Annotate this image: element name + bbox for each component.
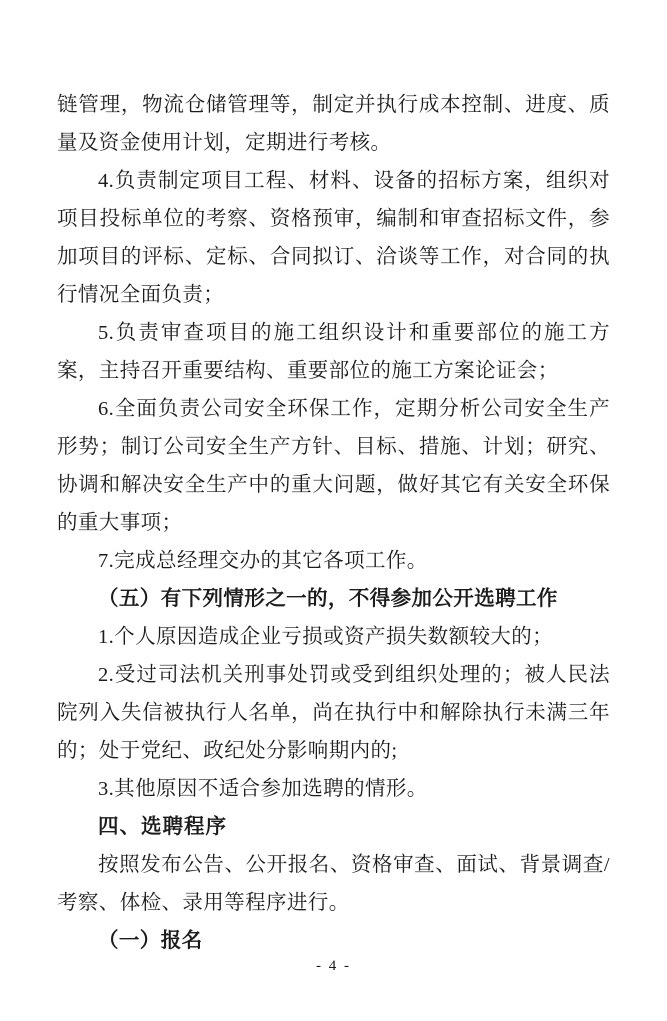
procedure-paragraph: 按照发布公告、公开报名、资格审查、面试、背景调查/考察、体检、录用等程序进行。 (57, 846, 610, 922)
condition-item-3: 3.其他原因不适合参加选聘的情形。 (57, 770, 610, 808)
duty-item-6: 6.全面负责公司安全环保工作，定期分析公司安全生产形势；制订公司安全生产方针、目… (57, 390, 610, 542)
condition-item-1: 1.个人原因造成企业亏损或资产损失数额较大的； (57, 618, 610, 656)
condition-item-2: 2.受过司法机关刑事处罚或受到组织处理的；被人民法院列入失信被执行人名单，尚在执… (57, 656, 610, 770)
duty-item-7: 7.完成总经理交办的其它各项工作。 (57, 542, 610, 580)
paragraph-continuation: 链管理，物流仓储管理等，制定并执行成本控制、进度、质量及资金使用计划，定期进行考… (57, 86, 610, 162)
chapter-heading-four: 四、选聘程序 (57, 808, 610, 846)
page-footer: - 4 - (0, 958, 667, 975)
section-heading-one-registration: （一）报名 (57, 922, 610, 960)
page-body: 链管理，物流仓储管理等，制定并执行成本控制、进度、质量及资金使用计划，定期进行考… (57, 86, 610, 960)
document-page: 链管理，物流仓储管理等，制定并执行成本控制、进度、质量及资金使用计划，定期进行考… (0, 0, 667, 1021)
duty-item-4: 4.负责制定项目工程、材料、设备的招标方案，组织对项目投标单位的考察、资格预审，… (57, 162, 610, 314)
page-number: - 4 - (316, 958, 351, 974)
section-heading-five: （五）有下列情形之一的，不得参加公开选聘工作 (57, 580, 610, 618)
duty-item-5: 5.负责审查项目的施工组织设计和重要部位的施工方案，主持召开重要结构、重要部位的… (57, 314, 610, 390)
